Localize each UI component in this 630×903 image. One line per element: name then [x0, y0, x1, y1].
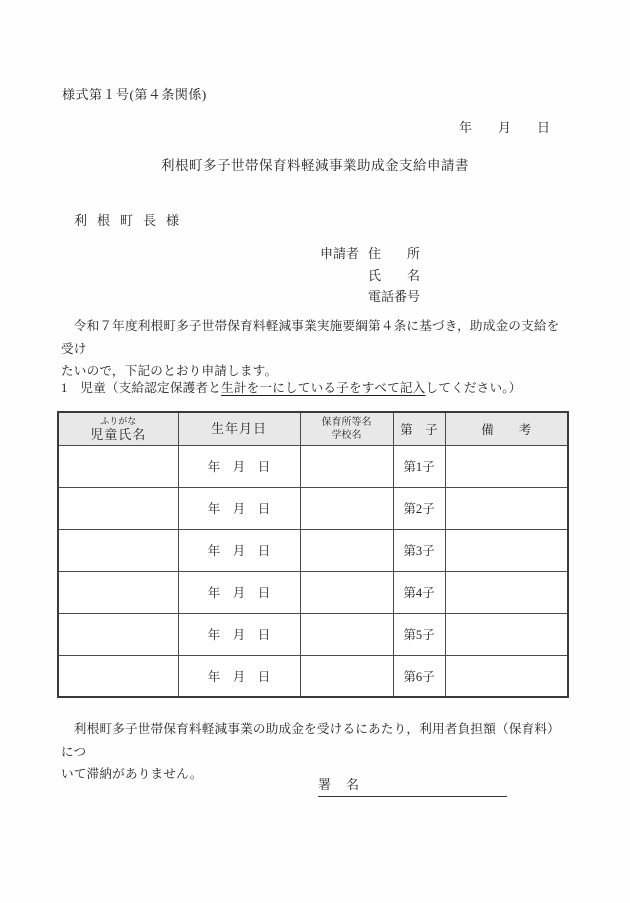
- birth-date-cell: 年 月 日: [178, 613, 300, 655]
- facility-cell: [300, 655, 393, 697]
- facility-cell: [300, 613, 393, 655]
- table-row: 年 月 日 第5子: [58, 613, 568, 655]
- signature-line: 署 名: [318, 774, 507, 797]
- child-name-cell: [58, 571, 178, 613]
- facility-cell: [300, 529, 393, 571]
- birth-date-cell: 年 月 日: [178, 487, 300, 529]
- remarks-cell: [445, 529, 568, 571]
- section1-heading: 1 児童（支給認定保護者と生計を一にしている子をすべて記入してください。）: [61, 377, 522, 396]
- phone-label: 電話番号: [368, 286, 420, 308]
- applicant-address-row: 申請者 住 所: [320, 243, 420, 265]
- intro-paragraph: 令和７年度利根町多子世帯保育料軽減事業実施要綱第４条に基づき，助成金の支給を受け…: [61, 315, 569, 383]
- date-line: 年 月 日: [459, 117, 550, 136]
- application-form-page: 様式第１号(第４条関係) 年 月 日 利根町多子世帯保育料軽減事業助成金支給申請…: [0, 0, 630, 903]
- birth-date-cell: 年 月 日: [178, 445, 300, 487]
- child-name-cell: [58, 613, 178, 655]
- table-row: 年 月 日 第6子: [58, 655, 568, 697]
- remarks-cell: [445, 487, 568, 529]
- closing-line-1: 利根町多子世帯保育料軽減事業の助成金を受けるにあたり，利用者負担額（保育料）につ: [61, 718, 569, 763]
- applicant-name-row: 氏 名: [320, 265, 420, 287]
- facility-label-line2: 学校名: [301, 429, 393, 442]
- remarks-cell: [445, 655, 568, 697]
- addressee: 利根町長様: [74, 210, 189, 229]
- applicant-phone-row: 電話番号: [320, 286, 420, 308]
- child-name-cell: [58, 655, 178, 697]
- col-header-child-name: ふりがな 児童氏名: [58, 412, 178, 445]
- section1-underlined-text: 生計を一にしている子をすべて記入: [221, 381, 425, 395]
- birth-date-label: 生年月日: [179, 421, 300, 436]
- child-order-cell: 第4子: [393, 571, 445, 613]
- form-number: 様式第１号(第４条関係): [62, 84, 207, 103]
- child-name-cell: [58, 529, 178, 571]
- signature-label: 署 名: [318, 777, 360, 792]
- table-row: 年 月 日 第2子: [58, 487, 568, 529]
- col-header-facility: 保育所等名 学校名: [300, 412, 393, 445]
- birth-date-cell: 年 月 日: [178, 571, 300, 613]
- table-row: 年 月 日 第3子: [58, 529, 568, 571]
- col-header-remarks: 備 考: [445, 412, 568, 445]
- section1-prefix: 1 児童（支給認定保護者と: [61, 381, 221, 395]
- table-row: 年 月 日 第1子: [58, 445, 568, 487]
- remarks-cell: [445, 445, 568, 487]
- children-table: ふりがな 児童氏名 生年月日 保育所等名 学校名 第 子 備 考 年 月 日 第: [57, 411, 569, 698]
- child-name-label: 児童氏名: [59, 427, 178, 442]
- facility-label-line1: 保育所等名: [301, 416, 393, 429]
- birth-date-cell: 年 月 日: [178, 529, 300, 571]
- facility-cell: [300, 487, 393, 529]
- remarks-cell: [445, 613, 568, 655]
- name-label: 氏 名: [368, 265, 420, 287]
- col-header-child-order: 第 子: [393, 412, 445, 445]
- remarks-cell: [445, 571, 568, 613]
- child-order-cell: 第1子: [393, 445, 445, 487]
- applicant-block: 申請者 住 所 氏 名 電話番号: [320, 243, 420, 308]
- child-order-cell: 第3子: [393, 529, 445, 571]
- applicant-label: 申請者: [320, 243, 368, 265]
- child-order-cell: 第5子: [393, 613, 445, 655]
- table-row: 年 月 日 第4子: [58, 571, 568, 613]
- page-title: 利根町多子世帯保育料軽減事業助成金支給申請書: [0, 154, 630, 174]
- address-label: 住 所: [368, 243, 420, 265]
- intro-line-1: 令和７年度利根町多子世帯保育料軽減事業実施要綱第４条に基づき，助成金の支給を受け: [61, 315, 569, 360]
- facility-cell: [300, 571, 393, 613]
- child-name-cell: [58, 445, 178, 487]
- child-name-cell: [58, 487, 178, 529]
- table-header-row: ふりがな 児童氏名 生年月日 保育所等名 学校名 第 子 備 考: [58, 412, 568, 445]
- furigana-label: ふりがな: [59, 415, 178, 427]
- birth-date-cell: 年 月 日: [178, 655, 300, 697]
- section1-suffix: してください。）: [425, 381, 521, 395]
- child-order-cell: 第6子: [393, 655, 445, 697]
- facility-cell: [300, 445, 393, 487]
- col-header-birth-date: 生年月日: [178, 412, 300, 445]
- child-order-cell: 第2子: [393, 487, 445, 529]
